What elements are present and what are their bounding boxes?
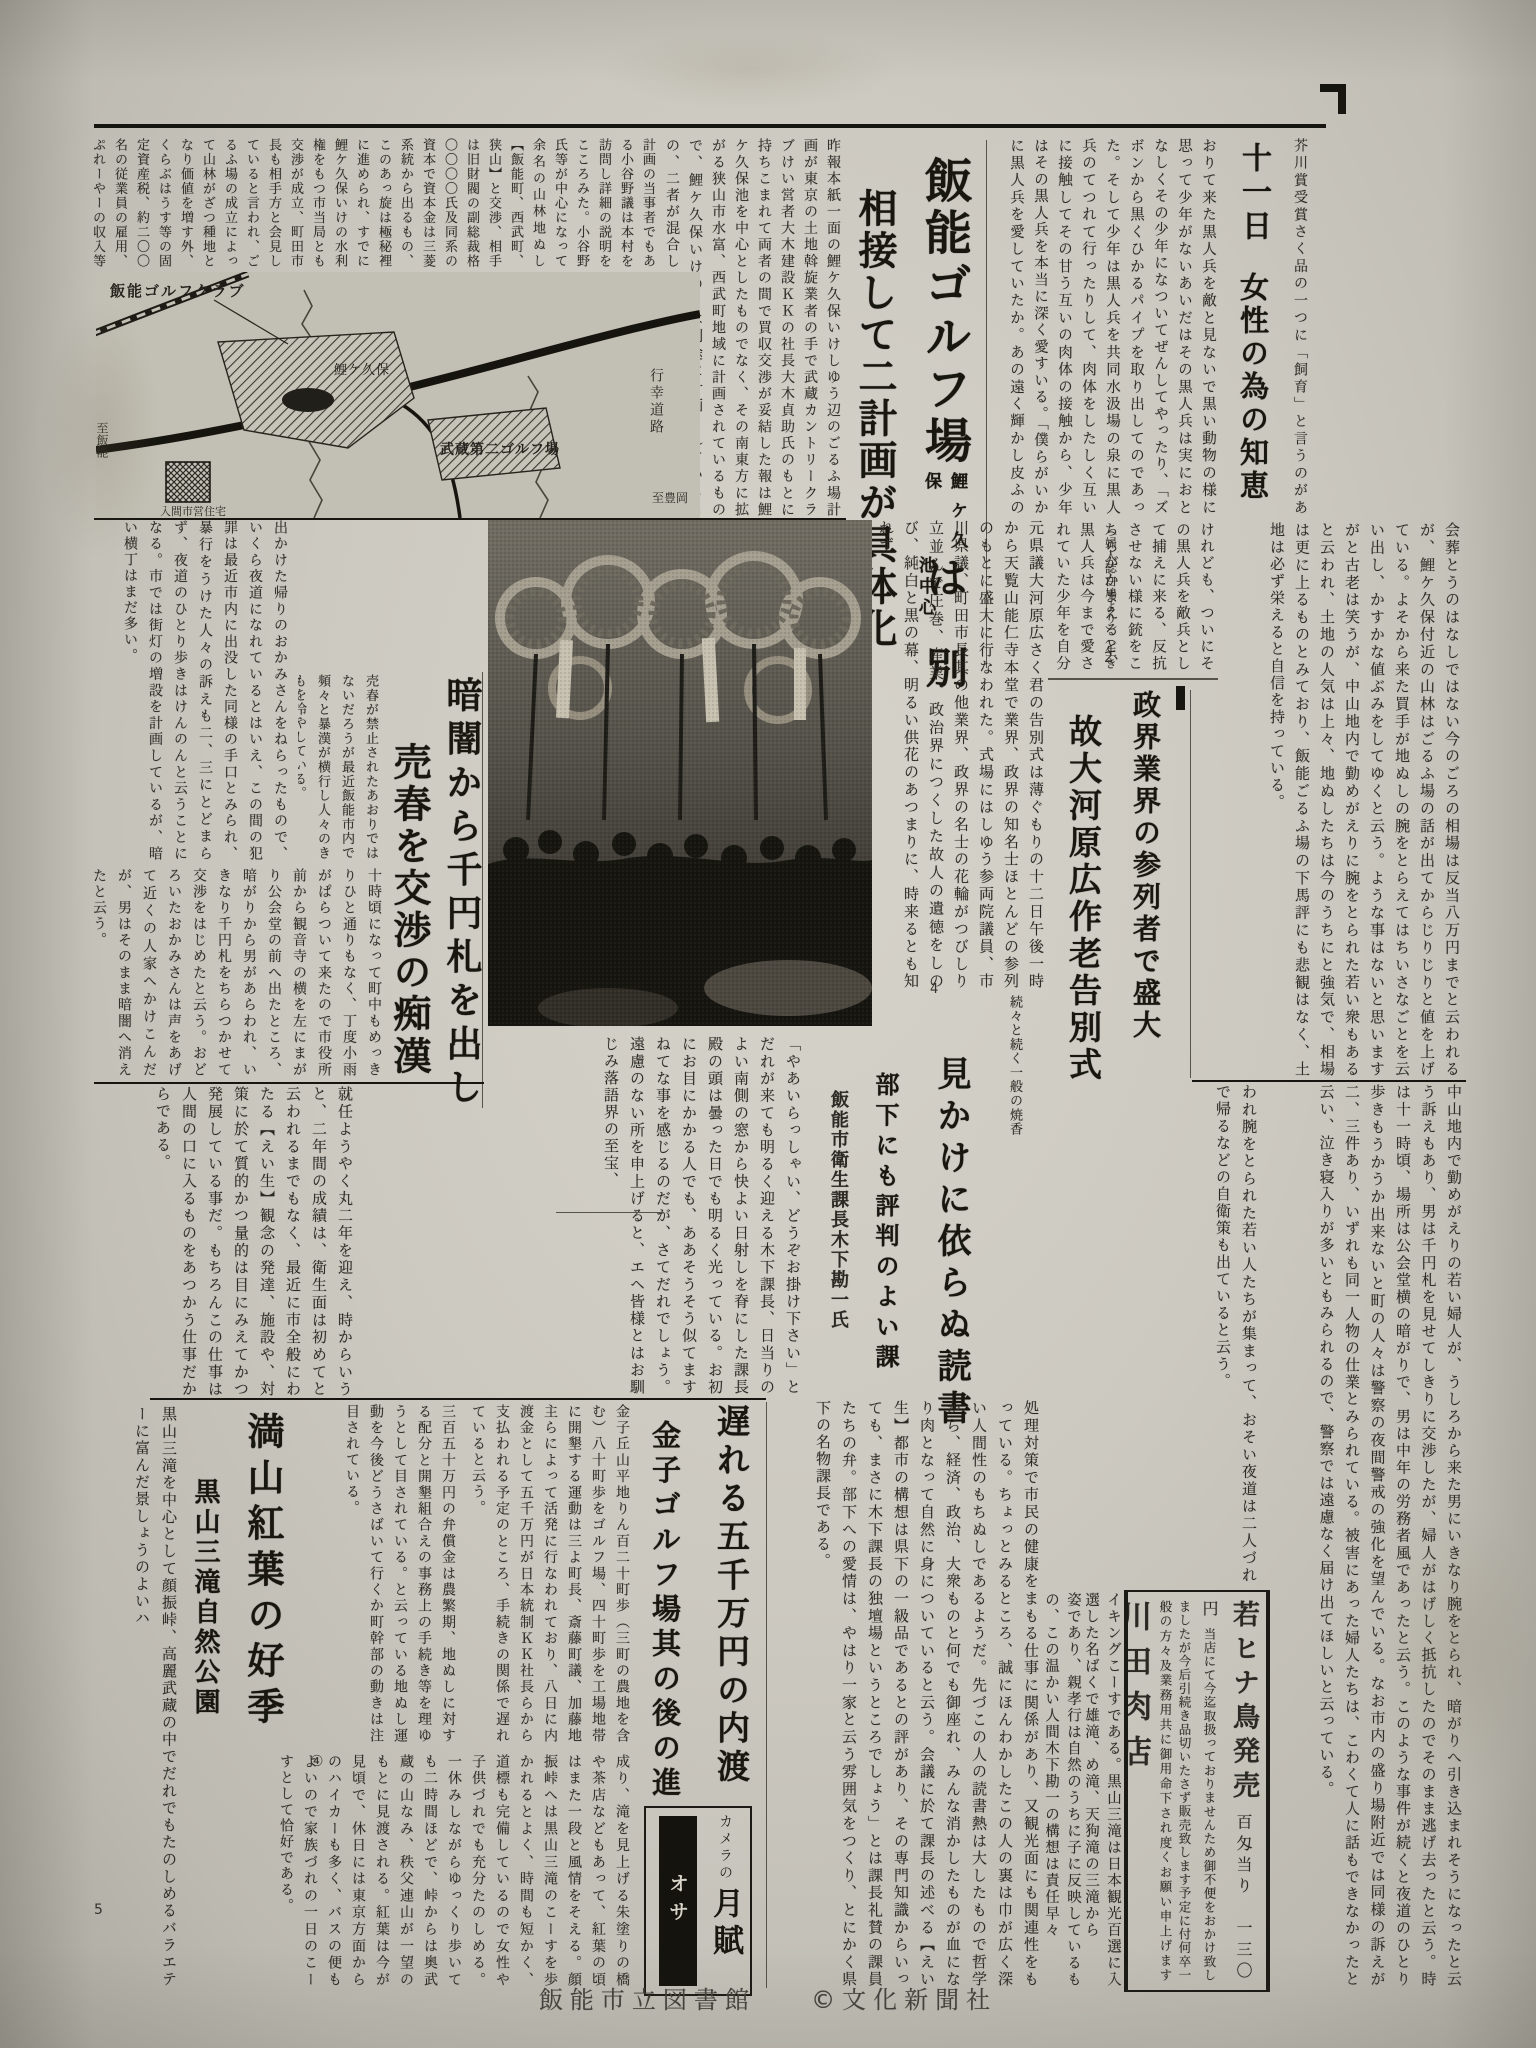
kaneko-lead: 金子丘山平地りん百二十町歩（三町の農地を含む）八十町歩をゴルフ場、四十町歩を工場… <box>464 1404 634 1744</box>
essay-intro-column: 芥川賞受賞さく品の一つに「飼育」と言うのがある。故障飛行機か <box>1284 138 1314 516</box>
funeral-headline-main: 故大河原広作老告別式 <box>1054 714 1112 1086</box>
band-rule-2a <box>94 1082 484 1084</box>
map-label-club: 飯能ゴルフクラブ <box>109 282 246 300</box>
reader-body-b: 就任ようやく丸二年を迎え、時からいうと、二年間の成績は、衛生面は初めてと云われる… <box>152 1086 358 1398</box>
map-label-to-left: 至飯能 <box>96 422 109 458</box>
top-rule <box>94 124 1326 128</box>
funeral-body: 元県議大河原広さく君の告別式は薄ぐもりの十二日午後一時から天覧山能仁寺本堂で業界… <box>878 520 1048 990</box>
molester-lead: 売春が禁止されたあおりではないだろうが最近飯能市内で頻々と暴漢が横行し人々のきも… <box>298 674 382 860</box>
essay-title: 女性の為の知恵 <box>1224 272 1280 518</box>
map-label-housing: 入間市営住宅 <box>160 505 226 518</box>
essay-credit: （婦人誌白鳩より）（生きるの家 マサヨ薬局） <box>1098 524 1122 670</box>
kaneko-headline-1: 遅れる五千万円の内渡し <box>700 1404 762 1786</box>
vertical-rule-3 <box>482 672 483 1108</box>
reader-headline-main: 見かけに依らぬ読書家 <box>916 1056 986 1428</box>
paper-stain <box>600 30 900 110</box>
chicken-ad-title: 若ヒナ鳥発売 <box>1228 1600 1259 1805</box>
map-pond <box>282 388 334 412</box>
continuation-right-2: われ腕をとられた若い人たちが集まって、おそい夜道は二人づれで帰るなどの自衛策も出… <box>1196 1084 1262 1584</box>
corner-mark-vertical <box>1338 84 1346 114</box>
newspaper-page: 芥川賞受賞さく品の一つに「飼育」と言うのがある。故障飛行機か 十一日 女性の為の… <box>0 0 1536 2048</box>
vertical-rule-2 <box>1190 690 1191 1078</box>
molester-headline-2: 売春を交渉の痴漢 <box>386 742 432 1082</box>
chicken-ad-content: 若ヒナ鳥発売 百匁当り 一三〇円 当店にて今迄取扱っておりませんため御不便をおか… <box>1128 1592 1266 1990</box>
footer-library: 飯能市立図書館 <box>539 1986 756 2014</box>
chicken-ad-store: 川田肉店 <box>1128 1600 1151 1780</box>
autumn-headline-sub: 黒山三滝自然公園 <box>184 1478 226 1746</box>
camera-ad: カメラの 月賦 オサ <box>644 1806 752 1996</box>
essay-bottom-rule <box>1048 678 1218 680</box>
kaneko-headline-2: 金子ゴルフ場其の後の進行 <box>636 1420 694 1800</box>
map-label-pond: 鯉ケ久保 <box>334 363 390 378</box>
kaneko-body: 三百五十万円の弁償金は農繁期、地ぬしに対する配分と開墾組合えの事務上の手続き等を… <box>298 1404 460 1744</box>
page-footer: 飯能市立図書館 ©文化新聞社 <box>0 1980 1536 2015</box>
map-label-to-right: 至豊岡 <box>652 490 688 505</box>
funeral-photo-caption: 続々と続く一般の焼香の列 <box>1000 995 1026 1135</box>
left-continuation: 出かけた帰りのおかみさんをねらったもので、いくら夜道になれているとはいえ、この間… <box>94 520 292 862</box>
bottom-strip-body: 成り、滝を見上げる朱塗りの橋や茶店などもあって、紅葉の頃はまた一段と風情をそえる… <box>184 1754 634 1988</box>
golf-map-figure: 飯能ゴルフクラブ 鯉ケ久保 行幸道路 武蔵第二ゴルフ場 至飯能 至豊岡 入間市営… <box>96 272 700 518</box>
essay-body-continued: けれども、ついにその黒人兵を敵兵として捕えに来る、反抗させない様に銃をこちらがか… <box>1048 522 1218 672</box>
reader-body-c: 処理対策で市民の健康をまもる仕事に関係があり、又観光面にも関連性をもっている。ち… <box>770 1400 1044 1988</box>
autumn-headline-main: 満山紅葉の好季節 <box>226 1412 300 1728</box>
camera-ad-kicker: カメラの <box>717 1814 733 1882</box>
molester-headline-1: 暗闇から千円札を出して <box>438 676 486 1108</box>
reader-byline: 飯能市衛生課長木下勘一氏 <box>818 1090 858 1370</box>
camera-ad-logo: オサ <box>664 1873 693 1929</box>
land-price-sidebar: 会葬とうのはなしではない今のごろの相場は反当八万円までと云われるが、鯉ケ久保付近… <box>1226 522 1464 1078</box>
essay-body: おりて来た黒人兵を敵と見ないで黒い動物の様に思って少年がないあいだはその黒人兵は… <box>1002 138 1220 516</box>
molester-body: 十時頃になって町中もめっきりひと通りもなく、丁度小雨がぱらついて来たので市役所前… <box>94 868 386 1078</box>
band-rule-2b <box>1192 1080 1466 1082</box>
band-rule-3 <box>150 1398 766 1400</box>
reader-body-d: 姿であり、親孝行は自然のうちに子に反映しているもの、この温かい人間木下勘一の構想… <box>1046 1592 1084 1988</box>
map-label-road: 行幸道路 <box>648 368 664 436</box>
funeral-headline-tick <box>1176 686 1185 710</box>
continuation-right: 中山地内で勤めがえりの若い婦人が、うしろから来た男にいきなり腕をとられ、暗がりへ… <box>1268 1084 1466 1988</box>
autumn-continuation: イキングこーすである。黒山三滝は日本観光百選に入選した名ばくで雄滝、め滝、天狗滝… <box>1086 1592 1124 1988</box>
section-number-2: 2 <box>1104 650 1113 666</box>
reader-headline-sub: 部下にも評判のよい課長 <box>862 1072 908 1372</box>
camera-ad-logo-box: オサ <box>659 1816 697 1986</box>
chicken-ad-body: 当店にて今迄取扱っておりませんため御不便をおかけ致しましたが今后引続き品切いたさ… <box>1158 1600 1217 1982</box>
vertical-rule-4 <box>766 1402 767 1988</box>
map-svg: 飯能ゴルフクラブ 鯉ケ久保 行幸道路 武蔵第二ゴルフ場 至飯能 至豊岡 入間市営… <box>96 272 700 518</box>
essay-date: 十一日 <box>1226 142 1280 260</box>
footer-publisher: ©文化新聞社 <box>811 1986 997 2014</box>
autumn-lead: 黒山三滝を中心として顔振峠、高麗武蔵の中でだれでもたのしめるバラエテーに富んだ景… <box>94 1406 182 1988</box>
page-number-5: 5 <box>94 1902 103 1918</box>
funeral-photo <box>488 520 872 1026</box>
golf-headline-main: 飯能ゴルフ場 <box>906 156 982 468</box>
funeral-photo-svg <box>488 520 872 1026</box>
reader-body-a: 「やあいらっしゃい、どうぞお掛け下さい」とだれが来ても明るく迎える木下課長、日当… <box>556 1036 806 1396</box>
golf-top-body: 計画の当事者でもある小谷野議は本村を訪問し詳細の説明をこころみた。小谷野氏等が中… <box>94 138 658 268</box>
reader-jump-rule <box>556 1212 664 1213</box>
map-housing-block <box>166 462 210 502</box>
section-number-4: 4 <box>930 982 938 997</box>
chicken-ad: 若ヒナ鳥発売 百匁当り 一三〇円 当店にて今迄取扱っておりませんため御不便をおか… <box>1124 1590 1270 1992</box>
funeral-headline-top: 政界業界の参列者で盛大 <box>1120 690 1170 1070</box>
camera-ad-title: 月賦 <box>707 1887 743 1961</box>
map-label-course2: 武蔵第二ゴルフ場 <box>440 441 560 458</box>
